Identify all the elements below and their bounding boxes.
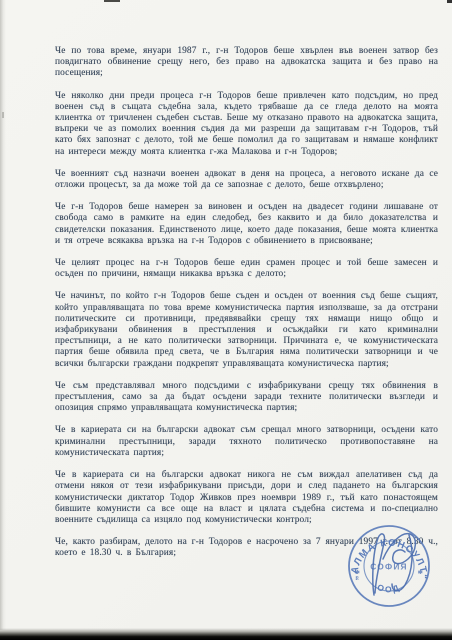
paragraph: Че целият процес на г-н Тодоров беше еди…	[55, 258, 438, 280]
paragraph: Че по това време, януари 1987 г., г-н То…	[55, 46, 438, 80]
paragraph: Че съм представлявал много подсъдими с и…	[55, 381, 438, 415]
paragraph: Че в кариерата си на български адвокат с…	[55, 425, 438, 459]
paragraph: Че г-н Тодоров беше намерен за виновен и…	[55, 202, 438, 247]
scan-artifact	[104, 0, 120, 2]
scan-bottom-edge	[0, 628, 452, 640]
scan-artifact	[447, 0, 452, 3]
stamp-right-star: *	[418, 568, 424, 580]
svg-text:ООД: ООД	[376, 582, 402, 594]
paragraph: Че военният съд назначи военен адвокат в…	[55, 169, 438, 191]
stamp-left-star: *	[355, 568, 361, 580]
stamp-bottom-text: ООД	[376, 582, 402, 594]
paragraph: Че в кариерата си на български адвокат н…	[55, 470, 438, 526]
paragraph: Че няколко дни преди процеса г-н Тодоров…	[55, 91, 438, 158]
scan-artifact	[2, 112, 4, 118]
scanned-page: Че по това време, януари 1987 г., г-н То…	[0, 0, 452, 640]
paragraph: Че начинът, по който г-н Тодоров беше съ…	[55, 291, 438, 369]
scan-left-edge-shadow	[0, 0, 6, 630]
document-body: Че по това време, януари 1987 г., г-н То…	[55, 46, 438, 571]
company-stamp: „АЛМА КОНСУЛТ“ ООД СОФИЯ * *	[343, 521, 435, 613]
